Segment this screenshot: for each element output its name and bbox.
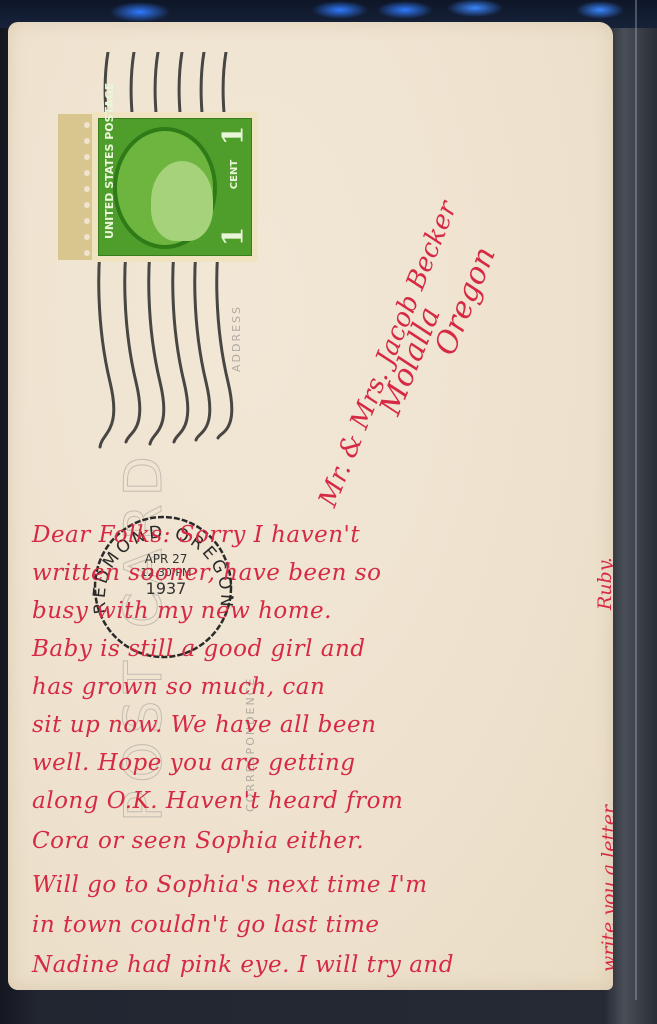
message-line: Will go to Sophia's next time I'm — [32, 872, 428, 898]
address-recipient: Mr. & Mrs. Jacob Becker — [313, 197, 463, 511]
message-line: written sooner, have been so — [32, 560, 381, 586]
stamp-face: UNITED STATES POSTAGE 1 CENT 1 — [92, 112, 258, 262]
message-line: well. Hope you are getting — [32, 750, 356, 776]
message-line: sit up now. We have all been — [32, 712, 376, 738]
message-line: Dear Folks: Sorry I haven't — [32, 522, 360, 548]
stamp-value-bottom: 1 — [217, 223, 250, 251]
message-line: Cora or seen Sophia either. — [32, 828, 364, 854]
printed-address-label: ADDRESS — [230, 305, 243, 372]
message-line: Nadine had pink eye. I will try and — [32, 952, 454, 978]
sleeve-edge — [635, 0, 637, 1000]
message-line: busy with my new home. — [32, 598, 332, 624]
stamp-denomination: CENT — [229, 160, 240, 189]
franklin-portrait-icon — [151, 161, 213, 241]
message-line: along O.K. Haven't heard from — [32, 788, 403, 814]
message-line: has grown so much, can — [32, 674, 325, 700]
message-line: Baby is still a good girl and — [32, 636, 366, 662]
stamp-value-top: 1 — [217, 122, 250, 150]
postcard: UNITED STATES POSTAGE 1 CENT 1 ADDRESS C… — [8, 22, 613, 990]
message-line: in town couldn't go last time — [32, 912, 380, 938]
margin-continuation: write you a letter. — [598, 801, 613, 972]
postage-stamp: UNITED STATES POSTAGE 1 CENT 1 — [58, 112, 258, 262]
signature: Ruby. — [594, 557, 613, 610]
stamp-selvage — [58, 114, 94, 260]
stamp-portrait-frame — [113, 127, 217, 249]
stamp-country-text: UNITED STATES POSTAGE — [103, 83, 116, 239]
